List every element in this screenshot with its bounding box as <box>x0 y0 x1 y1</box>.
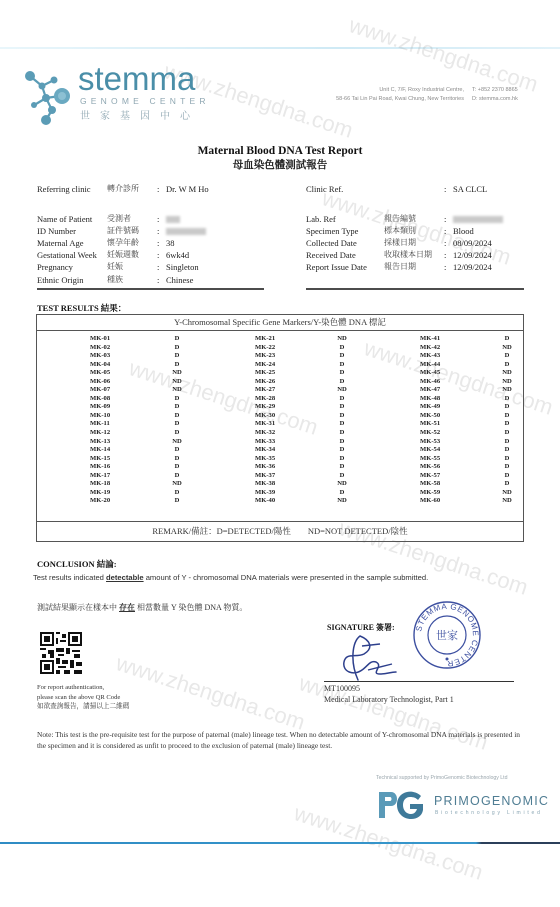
table-row: MK-26D <box>255 378 349 387</box>
marker-id: MK-57 <box>420 472 500 481</box>
signature-mark <box>340 632 410 682</box>
specimen-type-value: Blood <box>453 225 474 237</box>
address-line-2: 58-66 Tai Lin Pai Road, Kwai Chung, New … <box>336 95 464 104</box>
table-row: MK-53D <box>420 438 514 447</box>
marker-result: D <box>500 446 514 455</box>
marker-id: MK-39 <box>255 489 335 498</box>
collected-date-value: 08/09/2024 <box>453 237 492 249</box>
table-row: MK-27ND <box>255 386 349 395</box>
marker-id: MK-28 <box>255 395 335 404</box>
marker-result: D <box>335 412 349 421</box>
qr-authentication-text: For report authentication, please scan t… <box>37 683 129 712</box>
marker-id: MK-35 <box>255 455 335 464</box>
clinic-ref-value: SA CLCL <box>453 183 487 195</box>
table-row: MK-54D <box>420 446 514 455</box>
molecule-icon <box>20 66 80 126</box>
info-row-report-issue-date: Report Issue Date 報告日期 : 12/09/2024 <box>306 261 503 273</box>
marker-result: D <box>335 378 349 387</box>
table-row: MK-20D <box>90 497 184 506</box>
marker-id: MK-06 <box>90 378 170 387</box>
table-row: MK-15D <box>90 455 184 464</box>
marker-id: MK-21 <box>255 335 335 344</box>
info-row-ethnic-origin: Ethnic Origin 種族 : Chinese <box>37 274 209 286</box>
marker-result: ND <box>500 386 514 395</box>
marker-id: MK-10 <box>90 412 170 421</box>
table-row: MK-22D <box>255 344 349 353</box>
marker-result: ND <box>335 480 349 489</box>
marker-result: D <box>500 438 514 447</box>
marker-result: ND <box>500 489 514 498</box>
marker-id: MK-43 <box>420 352 500 361</box>
table-row: MK-04D <box>90 361 184 370</box>
signatory-title: Medical Laboratory Technologist, Part 1 <box>324 695 454 706</box>
table-row: MK-21ND <box>255 335 349 344</box>
table-row: MK-59ND <box>420 489 514 498</box>
table-row: MK-48D <box>420 395 514 404</box>
marker-result: D <box>500 472 514 481</box>
table-row: MK-24D <box>255 361 349 370</box>
watermark: www.zhengdna.com <box>346 12 541 98</box>
table-row: MK-37D <box>255 472 349 481</box>
marker-id: MK-16 <box>90 463 170 472</box>
marker-result: D <box>335 395 349 404</box>
info-divider-left <box>37 288 264 290</box>
table-row: MK-42ND <box>420 344 514 353</box>
marker-result: ND <box>170 369 184 378</box>
table-row: MK-39D <box>255 489 349 498</box>
table-row: MK-19D <box>90 489 184 498</box>
marker-id: MK-11 <box>90 420 170 429</box>
table-row: MK-10D <box>90 412 184 421</box>
info-row-referring-clinic: Referring clinic 轉介診所 : Dr. W M Ho <box>37 183 209 195</box>
table-row: MK-36D <box>255 463 349 472</box>
marker-id: MK-02 <box>90 344 170 353</box>
marker-id: MK-38 <box>255 480 335 489</box>
marker-result: ND <box>500 369 514 378</box>
info-row-pregnancy: Pregnancy 妊娠 : Singleton <box>37 261 209 273</box>
conclusion-zh: 測試結果顯示在樣本中 存在 相當數量 Y 染色體 DNA 物質。 <box>37 602 247 613</box>
footer-divider <box>0 842 560 844</box>
marker-result: D <box>335 369 349 378</box>
marker-id: MK-37 <box>255 472 335 481</box>
qr-code[interactable] <box>40 632 82 674</box>
marker-id: MK-13 <box>90 438 170 447</box>
info-divider-right <box>306 288 524 290</box>
marker-result: D <box>335 455 349 464</box>
phone-number: T: +852 2370 8865 <box>472 86 538 95</box>
marker-id: MK-49 <box>420 403 500 412</box>
patient-info-right: Clinic Ref. : SA CLCL Lab. Ref 報告編號 : Sp… <box>306 183 503 274</box>
results-table: Y-Chromosomal Specific Gene Markers/Y-染色… <box>36 314 524 542</box>
table-row: MK-01D <box>90 335 184 344</box>
marker-result: D <box>500 412 514 421</box>
table-row: MK-51D <box>420 420 514 429</box>
marker-id: MK-51 <box>420 420 500 429</box>
marker-result: D <box>335 463 349 472</box>
table-row: MK-14D <box>90 446 184 455</box>
marker-id: MK-47 <box>420 386 500 395</box>
info-row-lab-ref: Lab. Ref 報告編號 : <box>306 213 503 225</box>
table-row: MK-44D <box>420 361 514 370</box>
watermark: www.zhengdna.com <box>113 650 308 736</box>
info-row-clinic-ref: Clinic Ref. : SA CLCL <box>306 183 503 195</box>
marker-result: ND <box>335 497 349 506</box>
table-row: MK-40ND <box>255 497 349 506</box>
marker-id: MK-25 <box>255 369 335 378</box>
info-row-collected-date: Collected Date 採樣日期 : 08/09/2024 <box>306 237 503 249</box>
report-issue-date-value: 12/09/2024 <box>453 261 492 273</box>
signatory-info: MT100095 Medical Laboratory Technologist… <box>324 684 454 705</box>
maternal-age-value: 38 <box>166 237 175 249</box>
primogenomic-subtitle: Biotechnology Limited <box>435 810 543 816</box>
marker-result: D <box>170 395 184 404</box>
signatory-id: MT100095 <box>324 684 454 695</box>
brand-chinese: 世家基因中心 <box>80 107 200 122</box>
primogenomic-name: PRIMOGENOMIC <box>434 794 549 808</box>
marker-id: MK-05 <box>90 369 170 378</box>
marker-id: MK-24 <box>255 361 335 370</box>
table-row: MK-35D <box>255 455 349 464</box>
marker-result: D <box>500 463 514 472</box>
marker-id: MK-48 <box>420 395 500 404</box>
table-row: MK-09D <box>90 403 184 412</box>
report-note: Note: This test is the pre-requisite tes… <box>37 729 527 751</box>
patient-info-left: Referring clinic 轉介診所 : Dr. W M Ho Name … <box>37 183 209 286</box>
marker-result: D <box>335 361 349 370</box>
table-row: MK-08D <box>90 395 184 404</box>
marker-id: MK-26 <box>255 378 335 387</box>
marker-id: MK-17 <box>90 472 170 481</box>
marker-result: D <box>335 352 349 361</box>
marker-id: MK-42 <box>420 344 500 353</box>
marker-result: D <box>500 395 514 404</box>
marker-id: MK-40 <box>255 497 335 506</box>
marker-id: MK-22 <box>255 344 335 353</box>
marker-id: MK-12 <box>90 429 170 438</box>
marker-result: D <box>335 420 349 429</box>
marker-result: ND <box>500 378 514 387</box>
table-row: MK-33D <box>255 438 349 447</box>
marker-id: MK-19 <box>90 489 170 498</box>
table-row: MK-30D <box>255 412 349 421</box>
marker-result: D <box>170 412 184 421</box>
company-address: Unit C, 7/F, Roxy Industrial Centre,T: +… <box>336 86 538 104</box>
marker-id: MK-55 <box>420 455 500 464</box>
marker-result: D <box>170 352 184 361</box>
info-row-received-date: Received Date 收取樣本日期 : 12/09/2024 <box>306 249 503 261</box>
marker-id: MK-52 <box>420 429 500 438</box>
marker-result: ND <box>170 378 184 387</box>
marker-result: D <box>170 361 184 370</box>
table-row: MK-07ND <box>90 386 184 395</box>
marker-result: D <box>335 438 349 447</box>
marker-result: D <box>170 489 184 498</box>
received-date-value: 12/09/2024 <box>453 249 492 261</box>
ethnic-origin-value: Chinese <box>166 274 193 286</box>
table-row: MK-52D <box>420 429 514 438</box>
info-row-id-number: ID Number 証件號碼 : <box>37 225 209 237</box>
marker-id: MK-44 <box>420 361 500 370</box>
marker-id: MK-54 <box>420 446 500 455</box>
marker-result: D <box>335 429 349 438</box>
marker-result: D <box>170 472 184 481</box>
marker-id: MK-46 <box>420 378 500 387</box>
marker-result: D <box>170 420 184 429</box>
table-row: MK-38ND <box>255 480 349 489</box>
marker-result: D <box>170 403 184 412</box>
marker-result: ND <box>170 386 184 395</box>
marker-result: D <box>170 455 184 464</box>
marker-result: D <box>500 335 514 344</box>
table-row: MK-58D <box>420 480 514 489</box>
marker-id: MK-30 <box>255 412 335 421</box>
marker-id: MK-45 <box>420 369 500 378</box>
info-row-specimen-type: Specimen Type 標本類別 : Blood <box>306 225 503 237</box>
marker-id: MK-03 <box>90 352 170 361</box>
marker-result: D <box>335 472 349 481</box>
table-row: MK-17D <box>90 472 184 481</box>
marker-result: D <box>170 344 184 353</box>
marker-id: MK-58 <box>420 480 500 489</box>
report-title: Maternal Blood DNA Test Report 母血染色體測試報告 <box>0 145 560 172</box>
marker-group: MK-41DMK-42NDMK-43DMK-44DMK-45NDMK-46NDM… <box>420 335 514 506</box>
marker-id: MK-07 <box>90 386 170 395</box>
marker-result: D <box>170 497 184 506</box>
marker-id: MK-09 <box>90 403 170 412</box>
marker-id: MK-34 <box>255 446 335 455</box>
table-row: MK-56D <box>420 463 514 472</box>
marker-result: D <box>335 344 349 353</box>
info-row-patient-name: Name of Patient 受測者 : <box>37 213 209 225</box>
table-row: MK-45ND <box>420 369 514 378</box>
marker-result: D <box>170 446 184 455</box>
signature-line <box>324 681 514 682</box>
marker-result: D <box>500 352 514 361</box>
marker-id: MK-41 <box>420 335 500 344</box>
table-row: MK-41D <box>420 335 514 344</box>
marker-id: MK-20 <box>90 497 170 506</box>
marker-id: MK-04 <box>90 361 170 370</box>
marker-result: D <box>335 489 349 498</box>
marker-group: MK-21NDMK-22DMK-23DMK-24DMK-25DMK-26DMK-… <box>255 335 349 506</box>
table-row: MK-02D <box>90 344 184 353</box>
marker-id: MK-53 <box>420 438 500 447</box>
conclusion-heading: CONCLUSION 結論: <box>37 558 117 570</box>
results-caption: Y-Chromosomal Specific Gene Markers/Y-染色… <box>37 315 523 331</box>
table-row: MK-03D <box>90 352 184 361</box>
table-row: MK-16D <box>90 463 184 472</box>
marker-result: D <box>335 446 349 455</box>
primogenomic-logo-icon <box>377 790 425 820</box>
marker-id: MK-56 <box>420 463 500 472</box>
marker-id: MK-18 <box>90 480 170 489</box>
table-row: MK-57D <box>420 472 514 481</box>
marker-result: D <box>335 403 349 412</box>
info-row-maternal-age: Maternal Age 懷孕年齡 : 38 <box>37 237 209 249</box>
marker-result: D <box>170 463 184 472</box>
redacted-lab-ref <box>453 216 503 223</box>
marker-id: MK-08 <box>90 395 170 404</box>
marker-id: MK-32 <box>255 429 335 438</box>
marker-result: D <box>500 455 514 464</box>
conclusion-emphasis-en: detectable <box>106 573 144 582</box>
stemma-logo: stemma GENOME CENTER 世家基因中心 <box>20 66 230 126</box>
marker-id: MK-31 <box>255 420 335 429</box>
marker-result: D <box>500 420 514 429</box>
marker-result: D <box>500 403 514 412</box>
marker-id: MK-15 <box>90 455 170 464</box>
table-row: MK-23D <box>255 352 349 361</box>
redacted-patient-name <box>166 216 180 223</box>
table-row: MK-60ND <box>420 497 514 506</box>
table-row: MK-32D <box>255 429 349 438</box>
marker-group: MK-01DMK-02DMK-03DMK-04DMK-05NDMK-06NDMK… <box>90 335 184 506</box>
marker-id: MK-33 <box>255 438 335 447</box>
marker-result: ND <box>500 344 514 353</box>
test-results-heading: TEST RESULTS 結果： <box>37 302 126 314</box>
table-row: MK-06ND <box>90 378 184 387</box>
results-remark: REMARK/備註：D=DETECTED/陽性 ND=NOT DETECTED/… <box>37 522 523 541</box>
address-line-1: Unit C, 7/F, Roxy Industrial Centre, <box>379 86 464 95</box>
marker-id: MK-14 <box>90 446 170 455</box>
table-row: MK-25D <box>255 369 349 378</box>
table-row: MK-13ND <box>90 438 184 447</box>
marker-result: ND <box>335 335 349 344</box>
table-row: MK-31D <box>255 420 349 429</box>
marker-result: D <box>170 335 184 344</box>
table-row: MK-28D <box>255 395 349 404</box>
table-row: MK-46ND <box>420 378 514 387</box>
conclusion-emphasis-zh: 存在 <box>119 603 135 612</box>
marker-id: MK-60 <box>420 497 500 506</box>
table-row: MK-29D <box>255 403 349 412</box>
pregnancy-value: Singleton <box>166 261 199 273</box>
header-divider <box>0 47 560 49</box>
marker-id: MK-36 <box>255 463 335 472</box>
marker-id: MK-27 <box>255 386 335 395</box>
marker-id: MK-29 <box>255 403 335 412</box>
company-stamp: STEMMA GENOME CENTER 世家 <box>412 600 482 670</box>
marker-result: ND <box>335 386 349 395</box>
marker-grid: MK-01DMK-02DMK-03DMK-04DMK-05NDMK-06NDMK… <box>37 331 523 522</box>
table-row: MK-11D <box>90 420 184 429</box>
report-title-zh: 母血染色體測試報告 <box>0 157 560 172</box>
technical-support-text: Technical supported by PrimoGenomic Biot… <box>376 775 508 781</box>
brand-subtitle: GENOME CENTER <box>80 96 210 106</box>
marker-id: MK-01 <box>90 335 170 344</box>
table-row: MK-05ND <box>90 369 184 378</box>
conclusion-en: Test results indicated detectable amount… <box>33 573 428 582</box>
table-row: MK-47ND <box>420 386 514 395</box>
table-row: MK-34D <box>255 446 349 455</box>
marker-id: MK-50 <box>420 412 500 421</box>
marker-result: D <box>500 361 514 370</box>
website: D: stemma.com.hk <box>472 95 538 104</box>
marker-id: MK-23 <box>255 352 335 361</box>
info-row-gestational-week: Gestational Week 妊娠週數 : 6wk4d <box>37 249 209 261</box>
svg-text:世家: 世家 <box>436 628 458 642</box>
table-row: MK-12D <box>90 429 184 438</box>
report-title-en: Maternal Blood DNA Test Report <box>0 145 560 157</box>
marker-id: MK-59 <box>420 489 500 498</box>
table-row: MK-43D <box>420 352 514 361</box>
brand-name: stemma <box>78 60 195 98</box>
gestational-week-value: 6wk4d <box>166 249 189 261</box>
marker-result: ND <box>170 438 184 447</box>
marker-result: ND <box>500 497 514 506</box>
marker-result: ND <box>170 480 184 489</box>
marker-result: D <box>500 429 514 438</box>
marker-result: D <box>500 480 514 489</box>
table-row: MK-50D <box>420 412 514 421</box>
referring-clinic-value: Dr. W M Ho <box>166 183 209 195</box>
marker-result: D <box>170 429 184 438</box>
table-row: MK-18ND <box>90 480 184 489</box>
table-row: MK-55D <box>420 455 514 464</box>
table-row: MK-49D <box>420 403 514 412</box>
redacted-id-number <box>166 228 206 235</box>
